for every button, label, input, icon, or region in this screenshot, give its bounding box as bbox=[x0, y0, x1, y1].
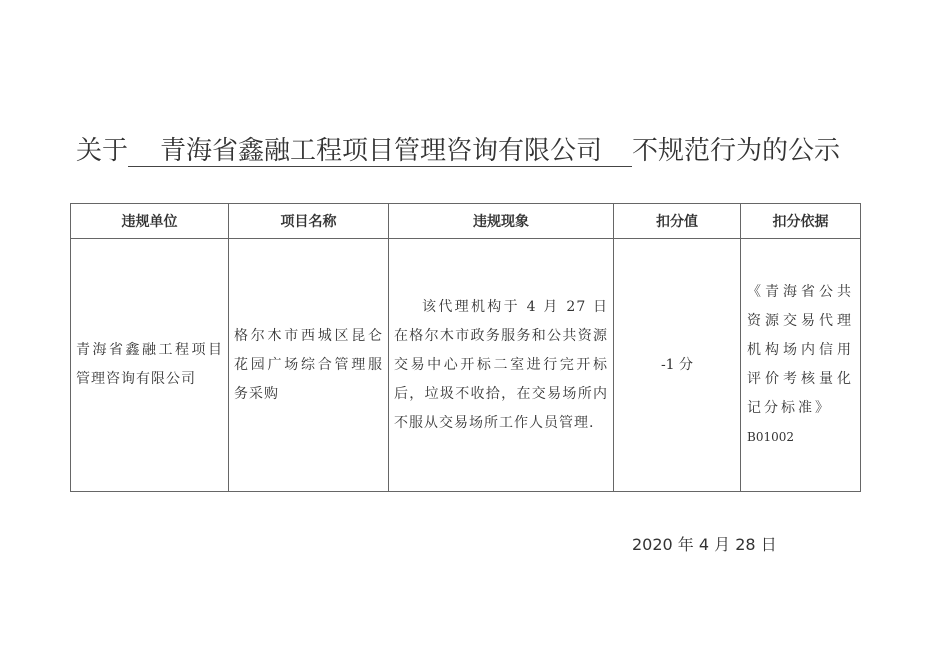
violation-table: 违规单位 项目名称 违规现象 扣分值 扣分依据 青海省鑫融工程项目管理咨询有限公… bbox=[70, 203, 861, 492]
cell-basis: 《青海省公共资源交易代理机构场内信用评价考核量化记分标准》 B01002 bbox=[741, 239, 861, 492]
table-header-row: 违规单位 项目名称 违规现象 扣分值 扣分依据 bbox=[71, 204, 861, 239]
title-company: 青海省鑫融工程项目管理咨询有限公司 bbox=[128, 136, 632, 167]
deduction-text: -1 分 bbox=[614, 351, 740, 380]
cell-violation: 该代理机构于 4 月 27 日在格尔木市政务服务和公共资源交易中心开标二室进行完… bbox=[389, 239, 614, 492]
project-text: 格尔木市西城区昆仑花园广场综合管理服务采购 bbox=[229, 322, 388, 409]
notice-title: 关于青海省鑫融工程项目管理咨询有限公司不规范行为的公示 bbox=[76, 136, 840, 167]
header-deduction: 扣分值 bbox=[614, 204, 741, 239]
basis-text: 《青海省公共资源交易代理机构场内信用评价考核量化记分标准》 bbox=[741, 278, 860, 423]
header-project: 项目名称 bbox=[229, 204, 389, 239]
cell-project: 格尔木市西城区昆仑花园广场综合管理服务采购 bbox=[229, 239, 389, 492]
cell-deduction: -1 分 bbox=[614, 239, 741, 492]
header-unit: 违规单位 bbox=[71, 204, 229, 239]
notice-date: 2020 年 4 月 28 日 bbox=[632, 532, 777, 555]
violation-text: 该代理机构于 4 月 27 日在格尔木市政务服务和公共资源交易中心开标二室进行完… bbox=[389, 293, 613, 438]
table-row: 青海省鑫融工程项目管理咨询有限公司 格尔木市西城区昆仑花园广场综合管理服务采购 … bbox=[71, 239, 861, 492]
unit-text: 青海省鑫融工程项目管理咨询有限公司 bbox=[71, 336, 228, 394]
title-suffix: 不规范行为的公示 bbox=[632, 136, 840, 166]
cell-unit: 青海省鑫融工程项目管理咨询有限公司 bbox=[71, 239, 229, 492]
title-prefix: 关于 bbox=[76, 136, 128, 166]
basis-code: B01002 bbox=[741, 423, 860, 452]
header-basis: 扣分依据 bbox=[741, 204, 861, 239]
header-violation: 违规现象 bbox=[389, 204, 614, 239]
